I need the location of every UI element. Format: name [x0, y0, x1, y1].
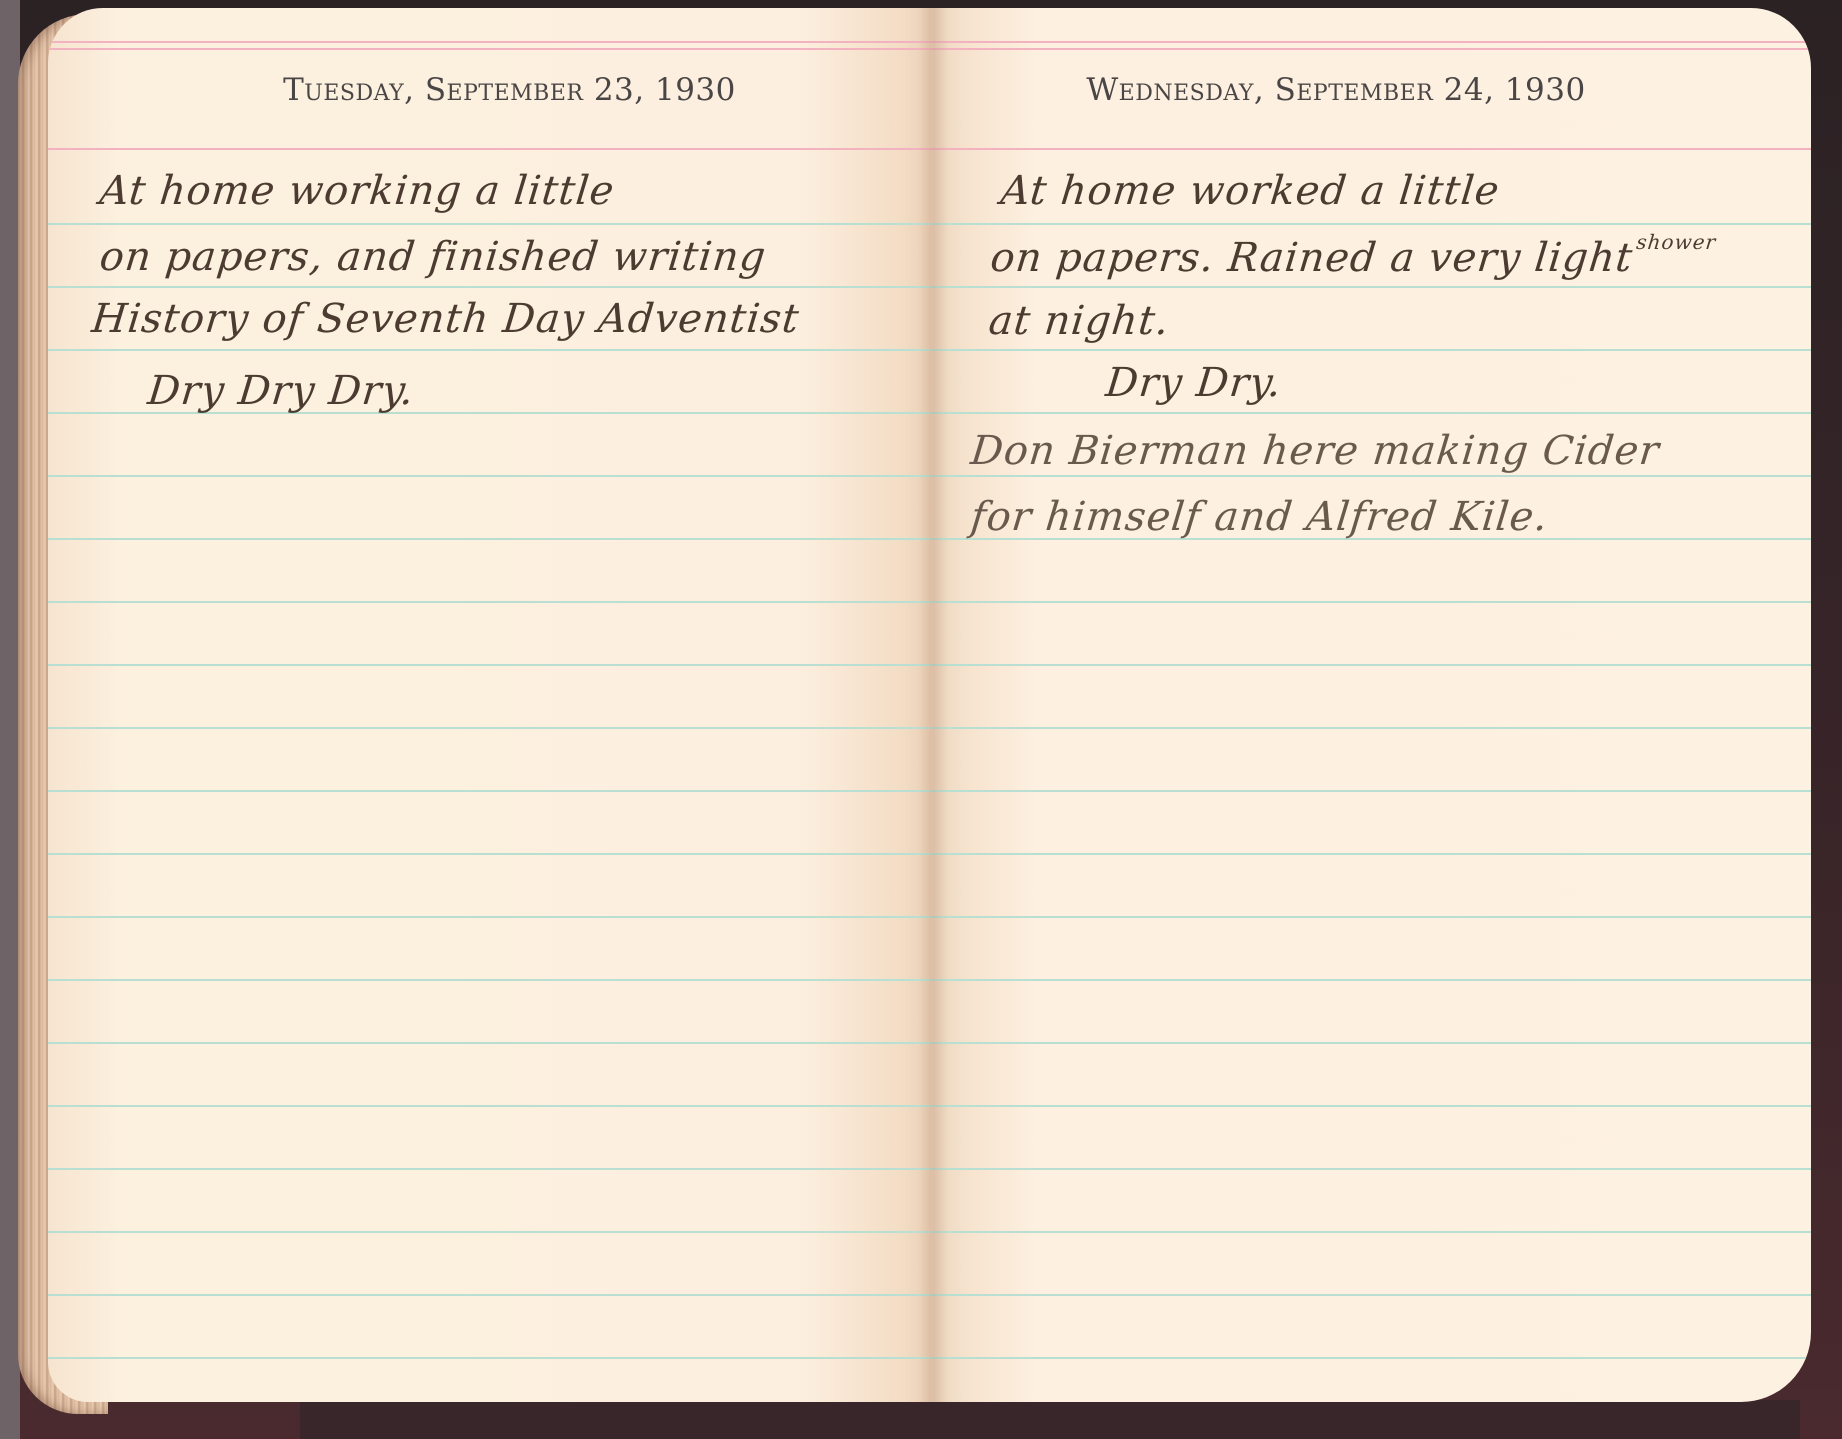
entry-line: At home worked a little: [999, 168, 1502, 214]
ruled-line: [931, 979, 1811, 981]
ruled-line: [931, 790, 1811, 792]
ruled-line: [48, 538, 931, 540]
ruled-line: [48, 979, 931, 981]
entry-line: Don Bierman here making Cider: [969, 428, 1662, 474]
entry-text: on papers. Rained a very light: [988, 235, 1635, 281]
ruled-line: [931, 286, 1811, 288]
entry-line: on papers, and finished writing: [98, 234, 769, 280]
ruled-line: [931, 1168, 1811, 1170]
header-rule-bottom: [48, 148, 931, 150]
ruled-line: [931, 664, 1811, 666]
ruled-line: [48, 349, 931, 351]
ruled-line: [48, 853, 931, 855]
ruled-line: [931, 727, 1811, 729]
right-page-date-header: Wednesday, September 24, 1930: [931, 72, 1811, 108]
ruled-line: [931, 853, 1811, 855]
ruled-line: [48, 1294, 931, 1296]
header-rule-bottom: [931, 148, 1811, 150]
ruled-line: [48, 601, 931, 603]
ruled-line: [931, 475, 1811, 477]
ruled-line: [48, 223, 931, 225]
ruled-line: [48, 475, 931, 477]
entry-line: on papers. Rained a very lightshower: [988, 230, 1717, 281]
entry-line: At home working a little: [98, 168, 617, 214]
left-page: Tuesday, September 23, 1930 At home work…: [48, 8, 931, 1402]
ruled-line: [931, 223, 1811, 225]
ruled-line: [48, 1168, 931, 1170]
ruled-line: [48, 1105, 931, 1107]
ruled-line: [931, 1231, 1811, 1233]
ruled-line: [48, 916, 931, 918]
ruled-line: [48, 1231, 931, 1233]
ruled-line: [931, 412, 1811, 414]
ruled-line: [48, 727, 931, 729]
ruled-line: [48, 286, 931, 288]
ruled-line: [48, 790, 931, 792]
right-page: Wednesday, September 24, 1930 At home wo…: [931, 8, 1811, 1402]
header-rule-top-1: [931, 41, 1811, 43]
ruled-line: [931, 1042, 1811, 1044]
header-rule-top-2: [48, 48, 931, 50]
entry-line: at night.: [987, 298, 1172, 344]
ruled-line: [48, 1357, 931, 1359]
ruled-line: [48, 1042, 931, 1044]
header-rule-top-2: [931, 48, 1811, 50]
photo-scene: Tuesday, September 23, 1930 At home work…: [0, 0, 1842, 1439]
header-rule-top-1: [48, 41, 931, 43]
ruled-line: [931, 1357, 1811, 1359]
left-page-date-header: Tuesday, September 23, 1930: [48, 72, 931, 108]
ruled-line: [931, 1105, 1811, 1107]
diary-spread: Tuesday, September 23, 1930 At home work…: [48, 8, 1812, 1404]
entry-line: for himself and Alfred Kile.: [969, 494, 1551, 540]
entry-line: History of Seventh Day Adventist: [90, 296, 802, 342]
ruled-line: [48, 664, 931, 666]
ruled-line: [931, 601, 1811, 603]
diary-cover-bottom-edge: [300, 1400, 1800, 1439]
entry-line: Dry Dry.: [1104, 360, 1285, 406]
entry-line: Dry Dry Dry.: [146, 368, 417, 414]
superscript-insert: shower: [1635, 230, 1717, 254]
ruled-line: [931, 1294, 1811, 1296]
ruled-line: [931, 916, 1811, 918]
ruled-line: [931, 349, 1811, 351]
